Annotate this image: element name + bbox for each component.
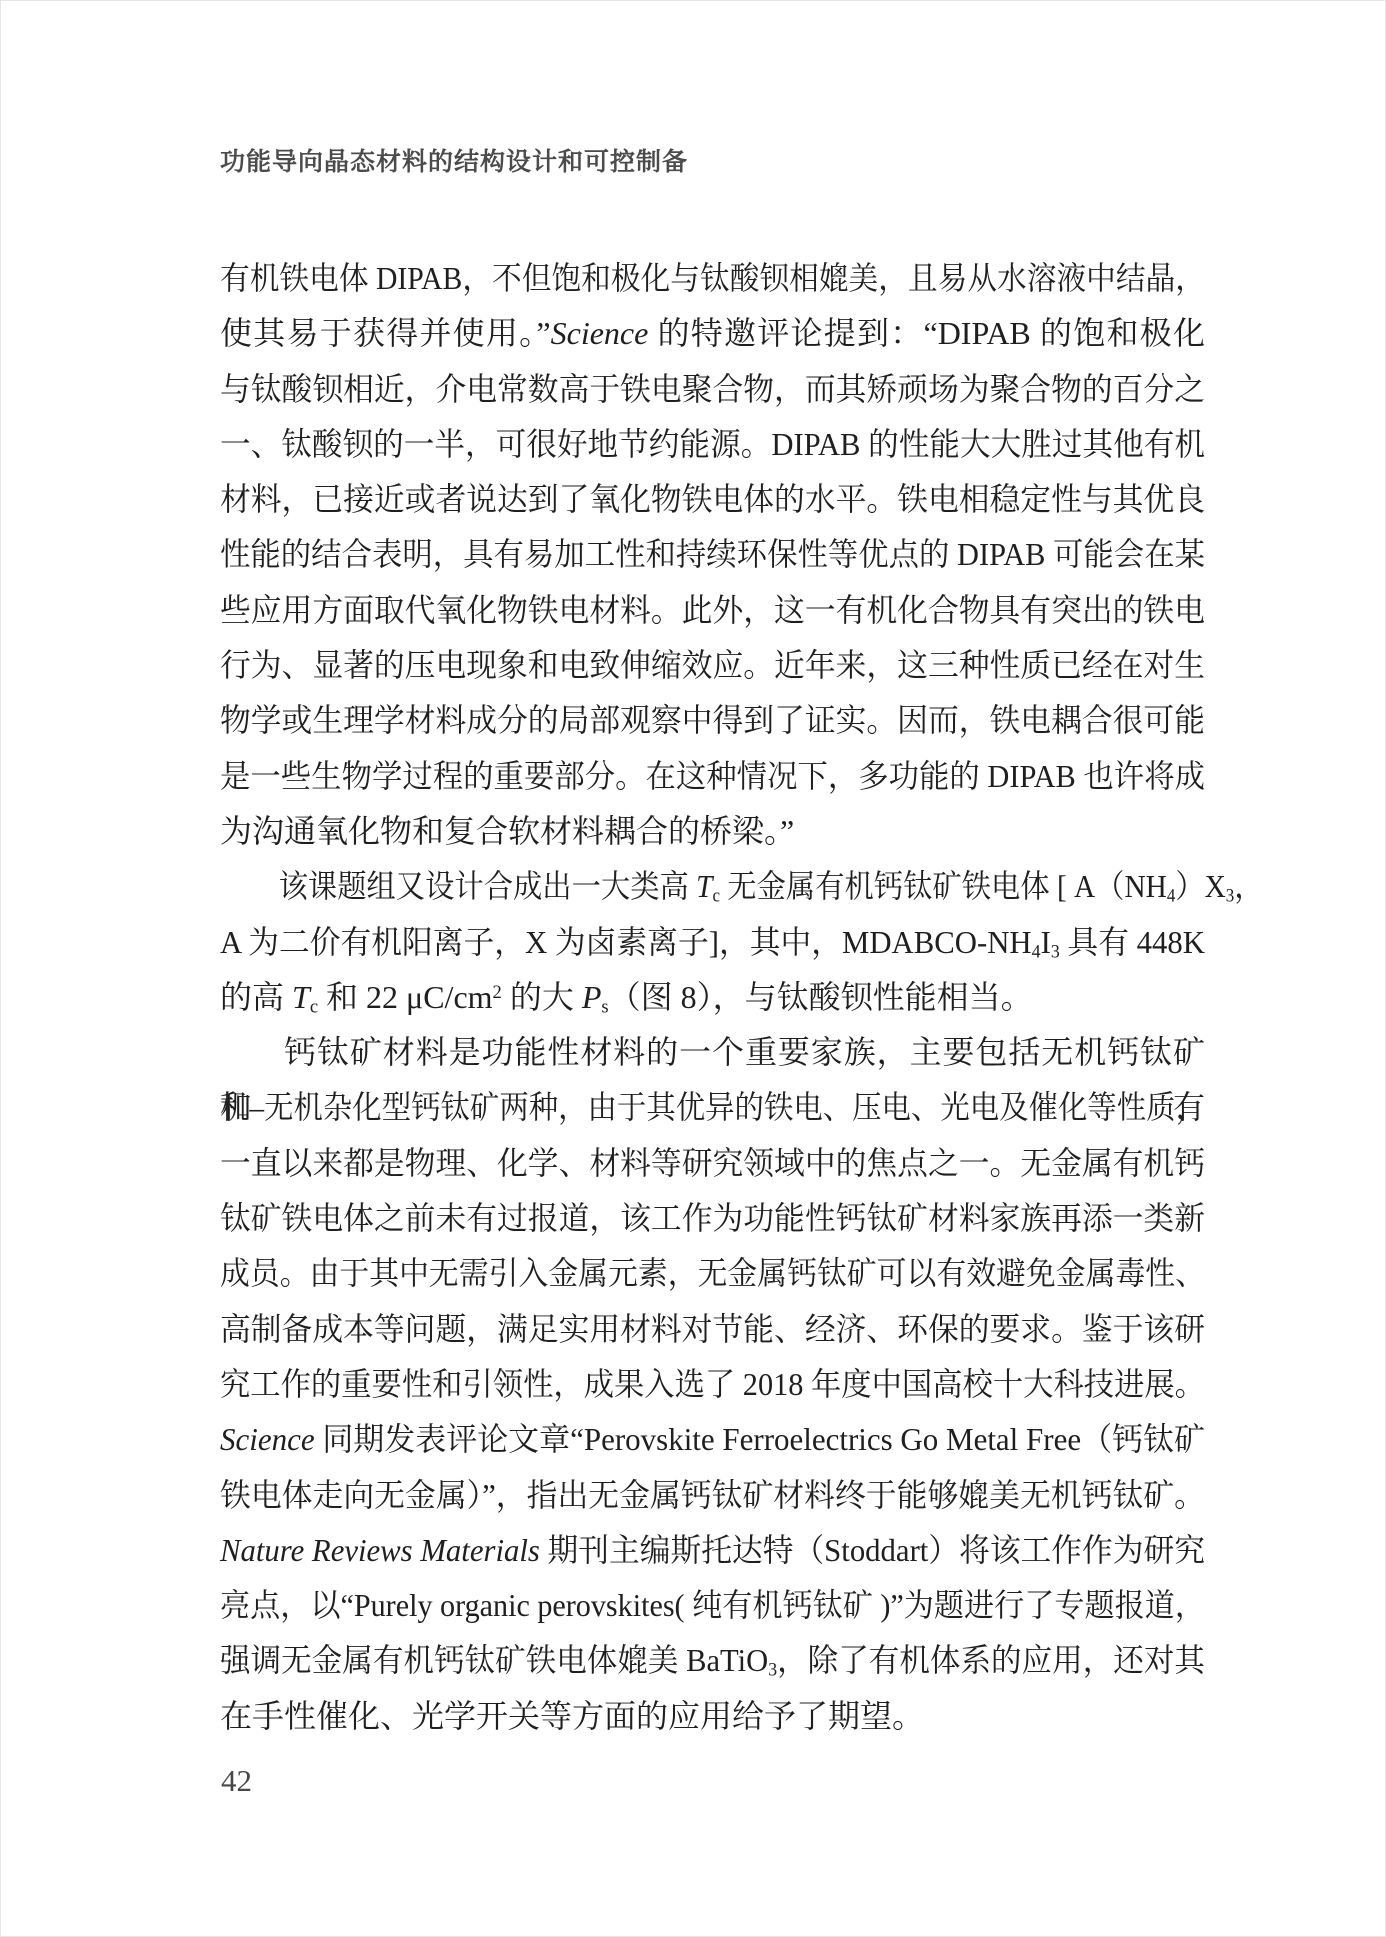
text-line: 究工作的重要性和引领性，成果入选了 2018 年度中国高校十大科技进展。 xyxy=(220,1357,1153,1412)
text-line: Nature Reviews Materials 期刊主编斯托达特（Stodda… xyxy=(220,1523,1166,1578)
text-line: 铁电体走向无金属）”，指出无金属钙钛矿材料终于能够媲美无机钙钛矿。 xyxy=(220,1468,1169,1523)
text-line: 有机铁电体 DIPAB，不但饱和极化与钛酸钡相媲美，且易从水溶液中结晶， xyxy=(220,251,1134,306)
text-line: 些应用方面取代氧化物铁电材料。此外，这一有机化合物具有突出的铁电 xyxy=(220,583,1167,638)
document-page: 功能导向晶态材料的结构设计和可控制备 有机铁电体 DIPAB，不但饱和极化与钛酸… xyxy=(0,0,1386,1937)
page-number: 42 xyxy=(221,1763,252,1799)
text-line: 强调无金属有机钙钛矿铁电体媲美 BaTiO3，除了有机体系的应用，还对其 xyxy=(220,1633,1161,1688)
text-line: 使其易于获得并使用。”Science 的特邀评论提到：“DIPAB 的饱和极化 xyxy=(220,306,1205,361)
text-line: 物学或生理学材料成分的局部观察中得到了证实。因而，铁电耦合很可能 xyxy=(220,693,1167,748)
text-line: 性能的结合表明，具有易加工性和持续环保性等优点的 DIPAB 可能会在某 xyxy=(220,527,1156,582)
running-header: 功能导向晶态材料的结构设计和可控制备 xyxy=(220,142,688,178)
text-line: 一、钛酸钡的一半，可很好地节约能源。DIPAB 的性能大大胜过其他有机 xyxy=(220,417,1163,472)
text-line: 该课题组又设计合成出一大类高 Tc 无金属有机钙钛矿铁电体 [ A（NH4）X3… xyxy=(220,859,1122,914)
text-line: 机–无机杂化型钙钛矿两种，由于其优异的铁电、压电、光电及催化等性质， xyxy=(220,1080,1125,1135)
text-line: 与钛酸钡相近，介电常数高于铁电聚合物，而其矫顽场为聚合物的百分之 xyxy=(220,362,1167,417)
text-line: 钙钛矿材料是功能性材料的一个重要家族，主要包括无机钙钛矿和有 xyxy=(220,1025,1205,1080)
text-line: 亮点，以“Purely organic perovskites( 纯有机钙钛矿 … xyxy=(220,1578,1147,1633)
text-line: 材料，已接近或者说达到了氧化物铁电体的水平。铁电相稳定性与其优良 xyxy=(220,472,1167,527)
text-line: 在手性催化、光学开关等方面的应用给予了期望。 xyxy=(220,1689,1205,1744)
text-line: 一直以来都是物理、化学、材料等研究领域中的焦点之一。无金属有机钙 xyxy=(220,1136,1167,1191)
text-line: A 为二价有机阳离子，X 为卤素离子]，其中，MDABCO-NH4I3 具有 4… xyxy=(220,915,1167,970)
text-line: 为沟通氧化物和复合软材料耦合的桥梁。” xyxy=(220,804,1205,859)
text-line: 行为、显著的压电现象和电致伸缩效应。近年来，这三种性质已经在对生 xyxy=(220,638,1167,693)
page-body: 有机铁电体 DIPAB，不但饱和极化与钛酸钡相媲美，且易从水溶液中结晶，使其易于… xyxy=(220,251,1205,1744)
text-line: 成员。由于其中无需引入金属元素，无金属钙钛矿可以有效避免金属毒性、 xyxy=(220,1246,1139,1301)
text-line: 的高 Tc 和 22 μC/cm2 的大 Ps（图 8），与钛酸钡性能相当。 xyxy=(220,970,1205,1025)
text-line: 钛矿铁电体之前未有过报道，该工作为功能性钙钛矿材料家族再添一类新 xyxy=(220,1191,1167,1246)
text-line: 是一些生物学过程的重要部分。在这种情况下，多功能的 DIPAB 也许将成 xyxy=(220,749,1156,804)
text-line: Science 同期发表评论文章“Perovskite Ferroelectri… xyxy=(220,1412,1174,1467)
text-line: 高制备成本等问题，满足实用材料对节能、经济、环保的要求。鉴于该研 xyxy=(220,1302,1167,1357)
